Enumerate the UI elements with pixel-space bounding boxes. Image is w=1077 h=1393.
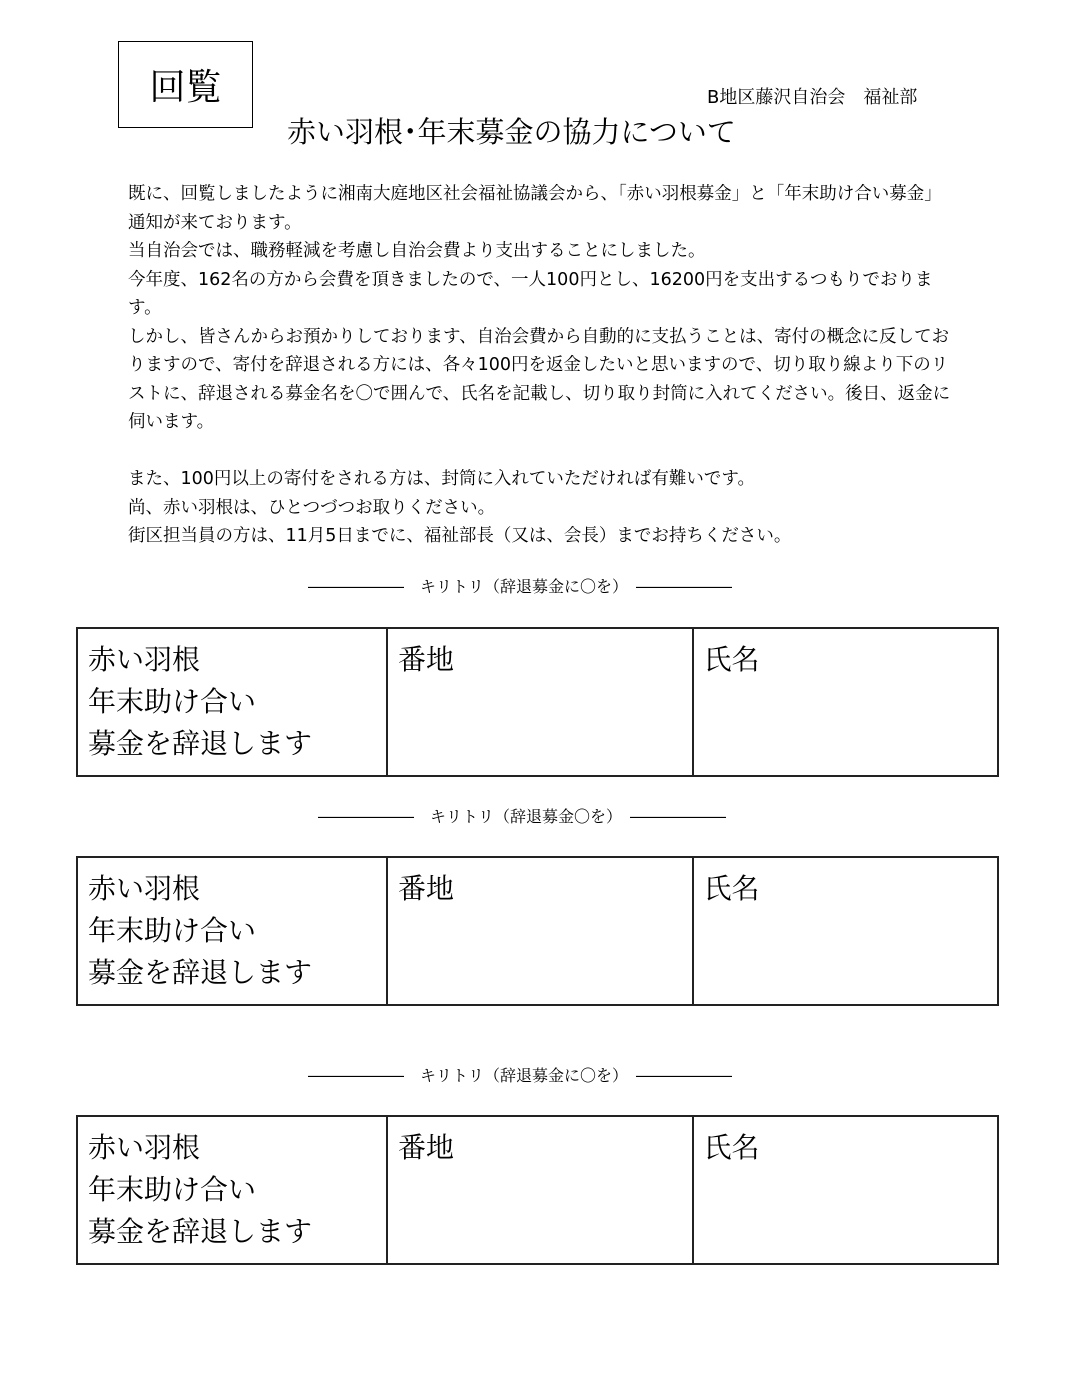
address-label: 番地	[398, 639, 682, 681]
decline-cell[interactable]: 赤い羽根 年末助け合い 募金を辞退します	[77, 857, 387, 1005]
paragraph: 尚、赤い羽根は、ひとつづつお取りください。	[128, 494, 958, 523]
document-title: 赤い羽根･年末募金の協力について	[287, 110, 736, 151]
address-cell[interactable]: 番地	[387, 857, 693, 1005]
decline-slip-2: 赤い羽根 年末助け合い 募金を辞退します 番地 氏名	[76, 856, 999, 1006]
name-cell[interactable]: 氏名	[693, 628, 999, 776]
paragraph: 当自治会では、職務軽減を考慮し自治会費より支出することにしました。	[128, 237, 958, 266]
address-cell[interactable]: 番地	[387, 1116, 693, 1264]
name-label: 氏名	[704, 1127, 988, 1169]
circulation-label: 回覧	[149, 59, 221, 110]
cut-line-1: ―――――― キリトリ（辞退募金に〇を） ――――――	[308, 574, 732, 597]
address-label: 番地	[398, 1127, 682, 1169]
decline-option-year-end: 年末助け合い	[88, 1169, 376, 1211]
decline-slip-1: 赤い羽根 年末助け合い 募金を辞退します 番地 氏名	[76, 627, 999, 777]
notice-body: 既に、回覧しましたように湘南大庭地区社会福祉協議会から、「赤い羽根募金」と「年末…	[128, 180, 958, 551]
decline-option-red-feather: 赤い羽根	[88, 1127, 376, 1169]
circulation-stamp-box: 回覧	[118, 41, 253, 128]
paragraph: 街区担当員の方は、11月5日までに、福祉部長（又は、会長）までお持ちください。	[128, 522, 958, 551]
name-label: 氏名	[704, 639, 988, 681]
organization-name: B地区藤沢自治会 福祉部	[707, 83, 917, 109]
decline-cell[interactable]: 赤い羽根 年末助け合い 募金を辞退します	[77, 628, 387, 776]
decline-option-red-feather: 赤い羽根	[88, 639, 376, 681]
name-cell[interactable]: 氏名	[693, 1116, 999, 1264]
paragraph: 既に、回覧しましたように湘南大庭地区社会福祉協議会から、「赤い羽根募金」と「年末…	[128, 180, 958, 237]
address-label: 番地	[398, 868, 682, 910]
paragraph: また、100円以上の寄付をされる方は、封筒に入れていただければ有難いです。	[128, 465, 958, 494]
decline-cell[interactable]: 赤い羽根 年末助け合い 募金を辞退します	[77, 1116, 387, 1264]
decline-statement: 募金を辞退します	[88, 723, 376, 765]
decline-slip-3: 赤い羽根 年末助け合い 募金を辞退します 番地 氏名	[76, 1115, 999, 1265]
cut-line-3: ―――――― キリトリ（辞退募金に〇を） ――――――	[308, 1063, 732, 1086]
decline-statement: 募金を辞退します	[88, 1211, 376, 1253]
cut-line-2: ―――――― キリトリ（辞退募金〇を） ――――――	[318, 804, 726, 827]
decline-option-red-feather: 赤い羽根	[88, 868, 376, 910]
name-cell[interactable]: 氏名	[693, 857, 999, 1005]
decline-option-year-end: 年末助け合い	[88, 681, 376, 723]
name-label: 氏名	[704, 868, 988, 910]
decline-statement: 募金を辞退します	[88, 952, 376, 994]
spacer	[128, 437, 958, 466]
paragraph: 今年度、162名の方から会費を頂きましたので、一人100円とし、16200円を支…	[128, 266, 958, 323]
paragraph: しかし、皆さんからお預かりしております、自治会費から自動的に支払うことは、寄付の…	[128, 323, 958, 437]
address-cell[interactable]: 番地	[387, 628, 693, 776]
decline-option-year-end: 年末助け合い	[88, 910, 376, 952]
